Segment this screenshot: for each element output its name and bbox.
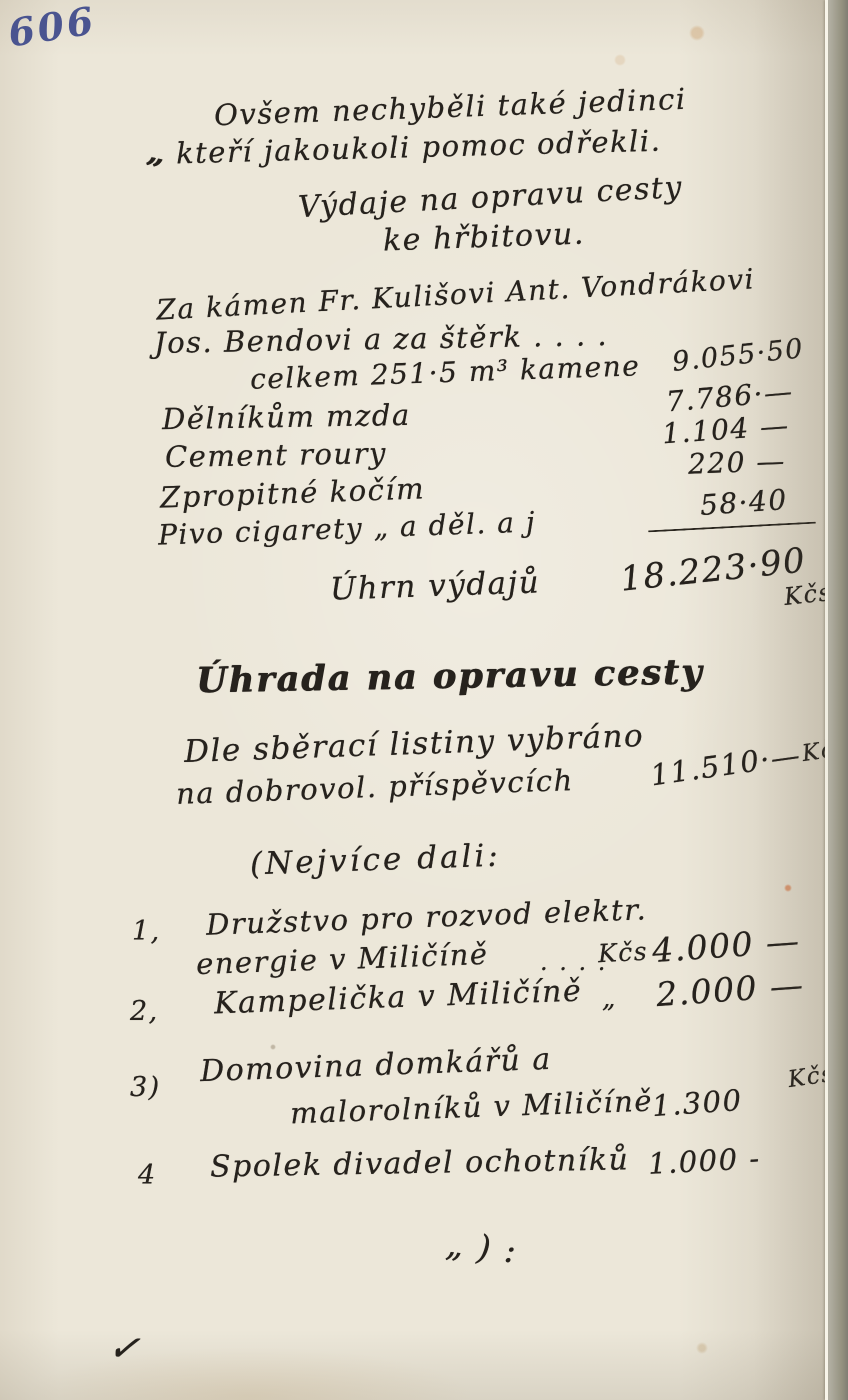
manuscript-page: 606 Ovšem nechyběli také jedinci kteří j… bbox=[0, 0, 848, 1400]
collection-line-1: Dle sběrací listiny vybráno bbox=[184, 718, 645, 770]
donors-heading: (Nejvíce dali: bbox=[249, 838, 501, 883]
scan-backing-strip bbox=[828, 0, 848, 1400]
donor-line: Kampelička v Miličíně bbox=[214, 974, 583, 1022]
closing-flourish: „ ) : bbox=[444, 1224, 519, 1271]
expense-row-label: Za kámen Fr. Kulišovi Ant. Vondrákovi bbox=[156, 262, 756, 326]
donor-currency: „ bbox=[602, 984, 617, 1014]
donor-line: Domovina domkářů a bbox=[199, 1042, 552, 1089]
page-number: 606 bbox=[5, 0, 99, 56]
expense-row-label: Zpropitné kočím bbox=[159, 471, 425, 514]
margin-ink-mark: „ bbox=[145, 134, 171, 172]
donor-number: 2, bbox=[130, 996, 159, 1027]
check-mark: ✓ bbox=[106, 1324, 144, 1371]
total-label: Úhrn výdajů bbox=[329, 564, 540, 607]
donor-line: Družstvo pro rozvod elektr. bbox=[206, 892, 648, 941]
expense-row-label: Cement roury bbox=[165, 436, 387, 474]
expense-row-label: Dělníkům mzda bbox=[162, 398, 411, 436]
donor-number: 4 bbox=[138, 1160, 157, 1191]
donor-line: Spolek divadel ochotníků bbox=[210, 1142, 630, 1184]
donor-number: 3) bbox=[130, 1072, 161, 1103]
funding-heading: Úhrada na opravu cesty bbox=[196, 652, 704, 702]
donor-line: malorolníků v Miličíně bbox=[290, 1084, 654, 1131]
donor-amount: 1.300 bbox=[651, 1083, 744, 1123]
expenses-title-line-2: ke hřbitovu. bbox=[382, 216, 585, 258]
donor-amount: 1.000 - bbox=[647, 1141, 761, 1181]
donor-number: 1, bbox=[132, 916, 161, 947]
expenses-title-line-1: Výdaje na opravu cesty bbox=[297, 170, 683, 225]
paper-edge-highlight bbox=[825, 0, 828, 1400]
donor-line: energie v Miličíně bbox=[195, 937, 489, 981]
donor-currency: Kčs bbox=[597, 937, 648, 969]
collection-line-2: na dobrovol. příspěvcích bbox=[176, 763, 575, 811]
